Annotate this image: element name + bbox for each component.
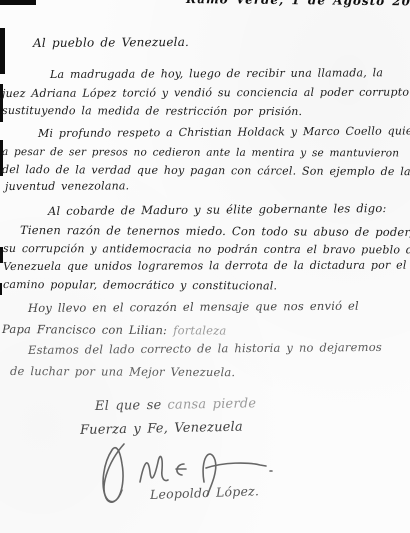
- letter-line: Tienen razón de tenernos miedo. Con todo…: [20, 223, 410, 239]
- letter-line: de luchar por una Mejor Venezuela.: [10, 364, 235, 379]
- letter-line: Al cobarde de Maduro y su élite gobernan…: [48, 201, 387, 218]
- dateline: Ramo Verde, 1 de Agosto 2017: [186, 0, 410, 9]
- letter-line-faded-text: fortaleza: [173, 323, 226, 337]
- letter-line: Estamos del lado correcto de la historia…: [28, 340, 382, 357]
- letter-page: Ramo Verde, 1 de Agosto 2017 Al pueblo d…: [0, 0, 410, 533]
- scan-artifact: [0, 0, 36, 5]
- closing-farewell: Fuerza y Fe, Venezuela: [80, 420, 243, 438]
- letter-line-text: Papa Francisco con Lilian:: [2, 322, 167, 337]
- letter-line: sustituyendo la medida de restricción po…: [2, 104, 302, 118]
- letter-line: a pesar de ser presos no cedieron ante l…: [2, 146, 399, 159]
- letter-line: juventud venezolana.: [5, 179, 129, 193]
- scan-artifact: [0, 28, 5, 74]
- letter-line: Mi profundo respeto a Christian Holdack …: [38, 124, 410, 140]
- letter-line: del lado de la verdad que hoy pagan con …: [2, 163, 410, 178]
- letter-line: su corrupción y antidemocracia no podrán…: [3, 242, 410, 256]
- letter-line: juez Adriana López torció y vendió su co…: [2, 86, 409, 100]
- motto-faded-text: cansa pierde: [167, 396, 256, 413]
- motto-text: El que se: [95, 398, 162, 414]
- closing-motto: El que secansa pierde: [95, 396, 256, 414]
- letter-line: Venezuela que unidos lograremos la derro…: [3, 259, 407, 273]
- letter-line: camino popular, democrático y constituci…: [3, 278, 277, 292]
- scan-artifact: [0, 283, 2, 295]
- letter-line: La madrugada de hoy, luego de recibir un…: [50, 66, 383, 81]
- letter-line: Hoy llevo en el corazón el mensaje que n…: [28, 299, 359, 315]
- letter-line: Papa Francisco con Lilian:fortaleza: [2, 322, 227, 338]
- salutation: Al pueblo de Venezuela.: [33, 35, 189, 50]
